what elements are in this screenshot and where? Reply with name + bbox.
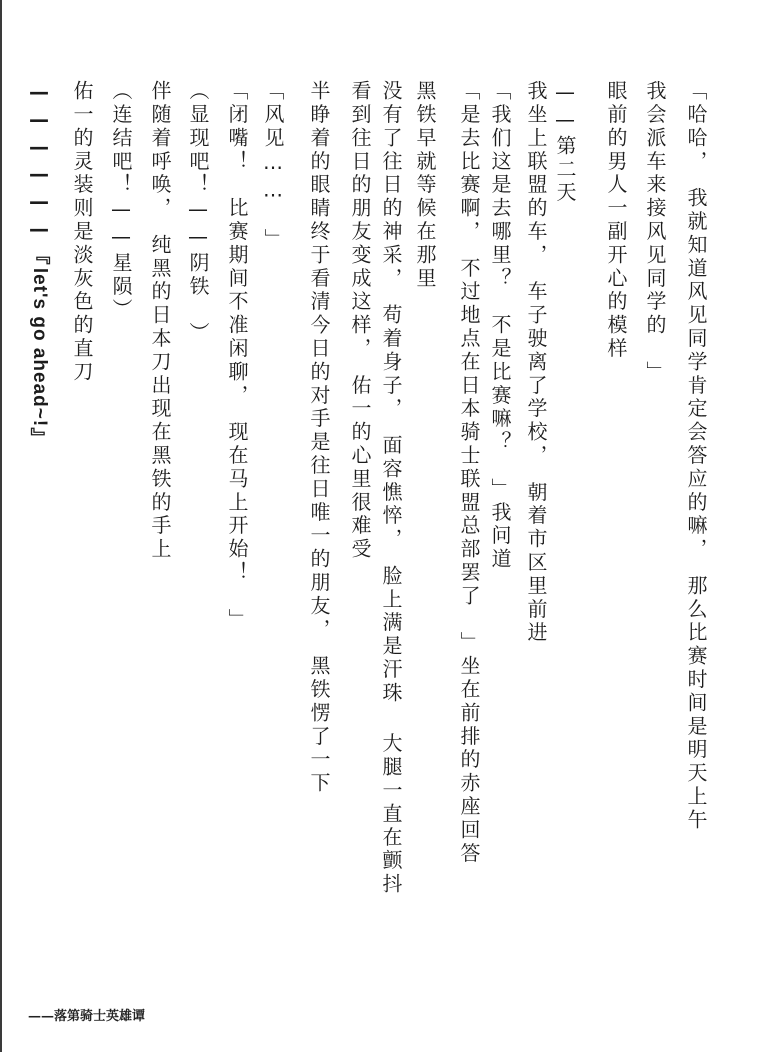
- text-column-9: 没有了往日的神采， 苟着身子， 面容憔悴， 脸上满是汗珠 大腿一直在颤抖: [379, 80, 403, 896]
- close-corner-bracket: 』: [27, 427, 51, 450]
- text-column-17: 佑一的灵装则是淡灰色的直刀: [70, 80, 94, 384]
- text-column-6: 「我们这是去哪里？ 不是比赛嘛？ 」我问道: [488, 80, 512, 571]
- english-phrase: let's go ahead~!: [29, 268, 50, 427]
- text-column-16: （连结吧！——星陨）: [109, 80, 133, 322]
- text-column-12: 「风见…… 」: [261, 80, 285, 252]
- text-column-8: 黑铁早就等候在那里: [413, 80, 437, 291]
- text-column-15: 伴随着呼唤， 纯黑的日本刀出现在黑铁的手上: [148, 80, 172, 561]
- text-column-7: 「是去比赛啊， 不过地点在日本骑士联盟总部罢了 」坐在前排的赤座回答: [457, 80, 481, 866]
- book-title-footer: ——落第骑士英雄谭: [28, 1005, 145, 1024]
- text-column-2: 我会派车来接风见同学的 」: [643, 80, 667, 384]
- text-column-1: 「哈哈， 我就知道风见同学肯定会答应的嘛， 那么比赛时间是明天上午: [684, 80, 708, 832]
- novel-page: 「哈哈， 我就知道风见同学肯定会答应的嘛， 那么比赛时间是明天上午 我会派车来接…: [0, 0, 757, 1052]
- text-column-3: 眼前的男人一副开心的模样: [604, 80, 628, 361]
- text-column-14: （显现吧！——阴铁 ）: [186, 80, 210, 345]
- open-corner-bracket: 『: [27, 244, 51, 267]
- text-column-18-final: ——————『let's go ahead~!』: [27, 80, 51, 451]
- text-column-10: 看到往日的朋友变成这样， 佑一的心里很难受: [348, 80, 372, 561]
- text-column-11: 半睁着的眼睛终于看清今日的对手是往日唯一的朋友， 黑铁愣了一下: [307, 80, 331, 795]
- text-column-13: 「闭嘴！ 比赛期间不准闲聊， 现在马上开始！ 」: [225, 80, 249, 632]
- dash-line: ——————: [27, 80, 51, 244]
- text-column-4-scene-break: ——第二天: [553, 80, 577, 205]
- text-column-5: 我坐上联盟的车， 车子驶离了学校， 朝着市区里前进: [524, 80, 548, 645]
